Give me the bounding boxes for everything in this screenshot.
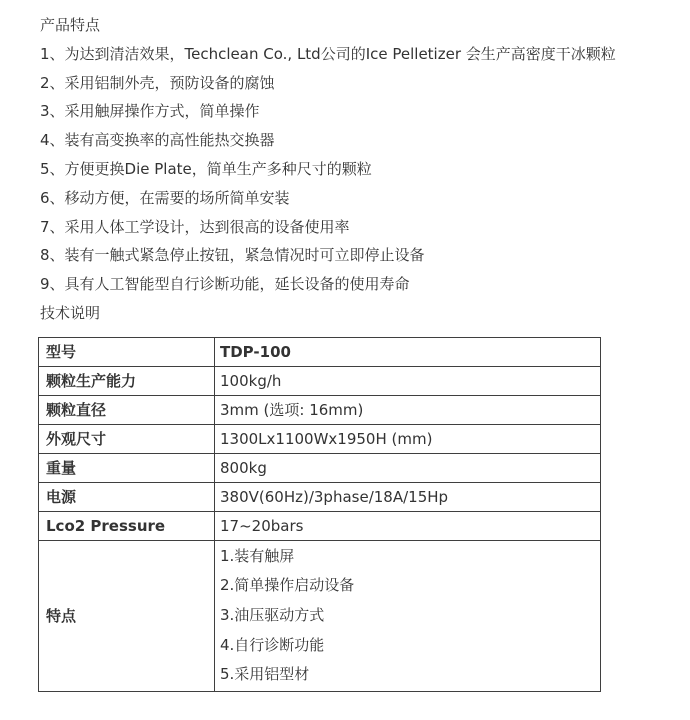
specs-table: 型号 TDP-100 颗粒生产能力 100kg/h 颗粒直径 3mm (选项: … — [38, 337, 601, 692]
spec-value: TDP-100 — [215, 337, 601, 366]
feature-item-2: 2、采用铝制外壳，预防设备的腐蚀 — [40, 69, 690, 98]
table-row: 重量 800kg — [39, 453, 601, 482]
features-title: 产品特点 — [40, 11, 690, 40]
feature-item-8: 8、装有一触式紧急停止按钮，紧急情况时可立即停止设备 — [40, 241, 690, 270]
feature-item-6: 6、移动方便，在需要的场所简单安装 — [40, 184, 690, 213]
spec-value: 100kg/h — [215, 366, 601, 395]
spec-value-line: 3.油压驱动方式 — [220, 601, 596, 631]
spec-label: 型号 — [39, 337, 215, 366]
spec-value-line: 1.装有触屏 — [220, 542, 596, 572]
spec-value-list: 1.装有触屏 2.简单操作启动设备 3.油压驱动方式 4.自行诊断功能 5.采用… — [215, 540, 601, 691]
table-row: 电源 380V(60Hz)/3phase/18A/15Hp — [39, 482, 601, 511]
table-row: Lco2 Pressure 17~20bars — [39, 511, 601, 540]
feature-item-3: 3、采用触屏操作方式，简单操作 — [40, 97, 690, 126]
spec-label: 外观尺寸 — [39, 424, 215, 453]
spec-value-line: 5.采用铝型材 — [220, 660, 596, 690]
feature-item-9: 9、具有人工智能型自行诊断功能，延长设备的使用寿命 — [40, 270, 690, 299]
spec-label: 颗粒生产能力 — [39, 366, 215, 395]
feature-item-4: 4、装有高变换率的高性能热交换器 — [40, 126, 690, 155]
spec-label: Lco2 Pressure — [39, 511, 215, 540]
spec-value-line: 2.简单操作启动设备 — [220, 571, 596, 601]
spec-label: 重量 — [39, 453, 215, 482]
spec-label: 颗粒直径 — [39, 395, 215, 424]
table-row: 型号 TDP-100 — [39, 337, 601, 366]
spec-value: 1300Lx1100Wx1950H (mm) — [215, 424, 601, 453]
spec-label: 电源 — [39, 482, 215, 511]
feature-item-5: 5、方便更换Die Plate，简单生产多种尺寸的颗粒 — [40, 155, 690, 184]
table-row: 外观尺寸 1300Lx1100Wx1950H (mm) — [39, 424, 601, 453]
spec-label: 特点 — [39, 540, 215, 691]
document-page: 产品特点 1、为达到清洁效果，Techclean Co., Ltd公司的Ice … — [0, 0, 690, 692]
specs-title: 技术说明 — [40, 299, 690, 328]
feature-item-7: 7、采用人体工学设计，达到很高的设备使用率 — [40, 213, 690, 242]
spec-value: 3mm (选项: 16mm) — [215, 395, 601, 424]
spec-value: 380V(60Hz)/3phase/18A/15Hp — [215, 482, 601, 511]
table-row: 特点 1.装有触屏 2.简单操作启动设备 3.油压驱动方式 4.自行诊断功能 5… — [39, 540, 601, 691]
spec-value: 17~20bars — [215, 511, 601, 540]
spec-value-line: 4.自行诊断功能 — [220, 631, 596, 661]
table-row: 颗粒直径 3mm (选项: 16mm) — [39, 395, 601, 424]
feature-item-1: 1、为达到清洁效果，Techclean Co., Ltd公司的Ice Pelle… — [40, 40, 690, 69]
spec-value: 800kg — [215, 453, 601, 482]
table-row: 颗粒生产能力 100kg/h — [39, 366, 601, 395]
